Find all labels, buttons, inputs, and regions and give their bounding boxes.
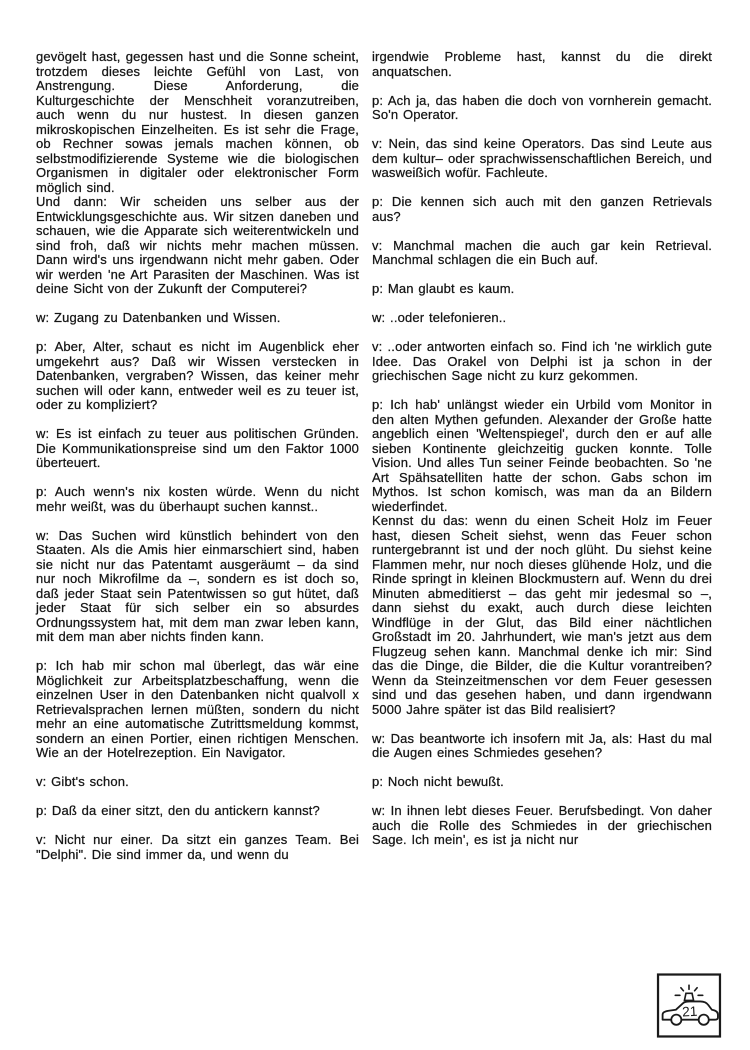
ink-speck: .	[163, 712, 167, 727]
paragraph: v: Gibt's schon.	[36, 775, 359, 790]
text-column-right: irgendwie Probleme hast, kannst du die d…	[372, 50, 712, 848]
paragraph: p: Man glaubt es kaum.	[372, 282, 712, 297]
paragraph: w: Das Suchen wird künstlich behindert v…	[36, 529, 359, 645]
paragraph: w: Das beantworte ich insofern mit Ja, a…	[372, 732, 712, 761]
paragraph: w: In ihnen lebt dieses Feuer. Berufsbed…	[372, 804, 712, 848]
paragraph: w: ..oder telefonieren..	[372, 311, 712, 326]
rear-wheel	[699, 1015, 709, 1025]
text-column-left: gevögelt hast, gegessen hast und die Son…	[36, 50, 359, 862]
magazine-page: gevögelt hast, gegessen hast und die Son…	[0, 0, 750, 1050]
paragraph: p: Die kennen sich auch mit den ganzen R…	[372, 195, 712, 224]
paragraph: v: Nicht nur einer. Da sitzt ein ganzes …	[36, 833, 359, 862]
paragraph: p: Ach ja, das haben die doch von vornhe…	[372, 94, 712, 123]
beacon-light	[684, 993, 693, 1000]
paragraph: p: Daß da einer sitzt, den du antickern …	[36, 804, 359, 819]
paragraph: v: ..oder antworten einfach so. Find ich…	[372, 340, 712, 384]
paragraph: w: Zugang zu Datenbanken und Wissen.	[36, 311, 359, 326]
paragraph: p: Aber, Alter, schaut es nicht im Augen…	[36, 340, 359, 413]
paragraph: p: Noch nicht bewußt.	[372, 775, 712, 790]
paragraph: p: Ich hab mir schon mal überlegt, das w…	[36, 659, 359, 761]
page-badge: 21	[656, 973, 722, 1038]
paragraph: w: Es ist einfach zu teuer aus politisch…	[36, 427, 359, 471]
paragraph: irgendwie Probleme hast, kannst du die d…	[372, 50, 712, 79]
paragraph: p: Auch wenn's nix kosten würde. Wenn du…	[36, 485, 359, 514]
page-number: 21	[682, 1004, 698, 1020]
paragraph: p: Ich hab' unlängst wieder ein Urbild v…	[372, 398, 712, 717]
front-wheel	[671, 1015, 681, 1025]
police-car-icon: 21	[656, 973, 722, 1038]
paragraph: gevögelt hast, gegessen hast und die Son…	[36, 50, 359, 297]
paragraph: v: Manchmal machen die auch gar kein Ret…	[372, 239, 712, 268]
paragraph: v: Nein, das sind keine Operators. Das s…	[372, 137, 712, 181]
